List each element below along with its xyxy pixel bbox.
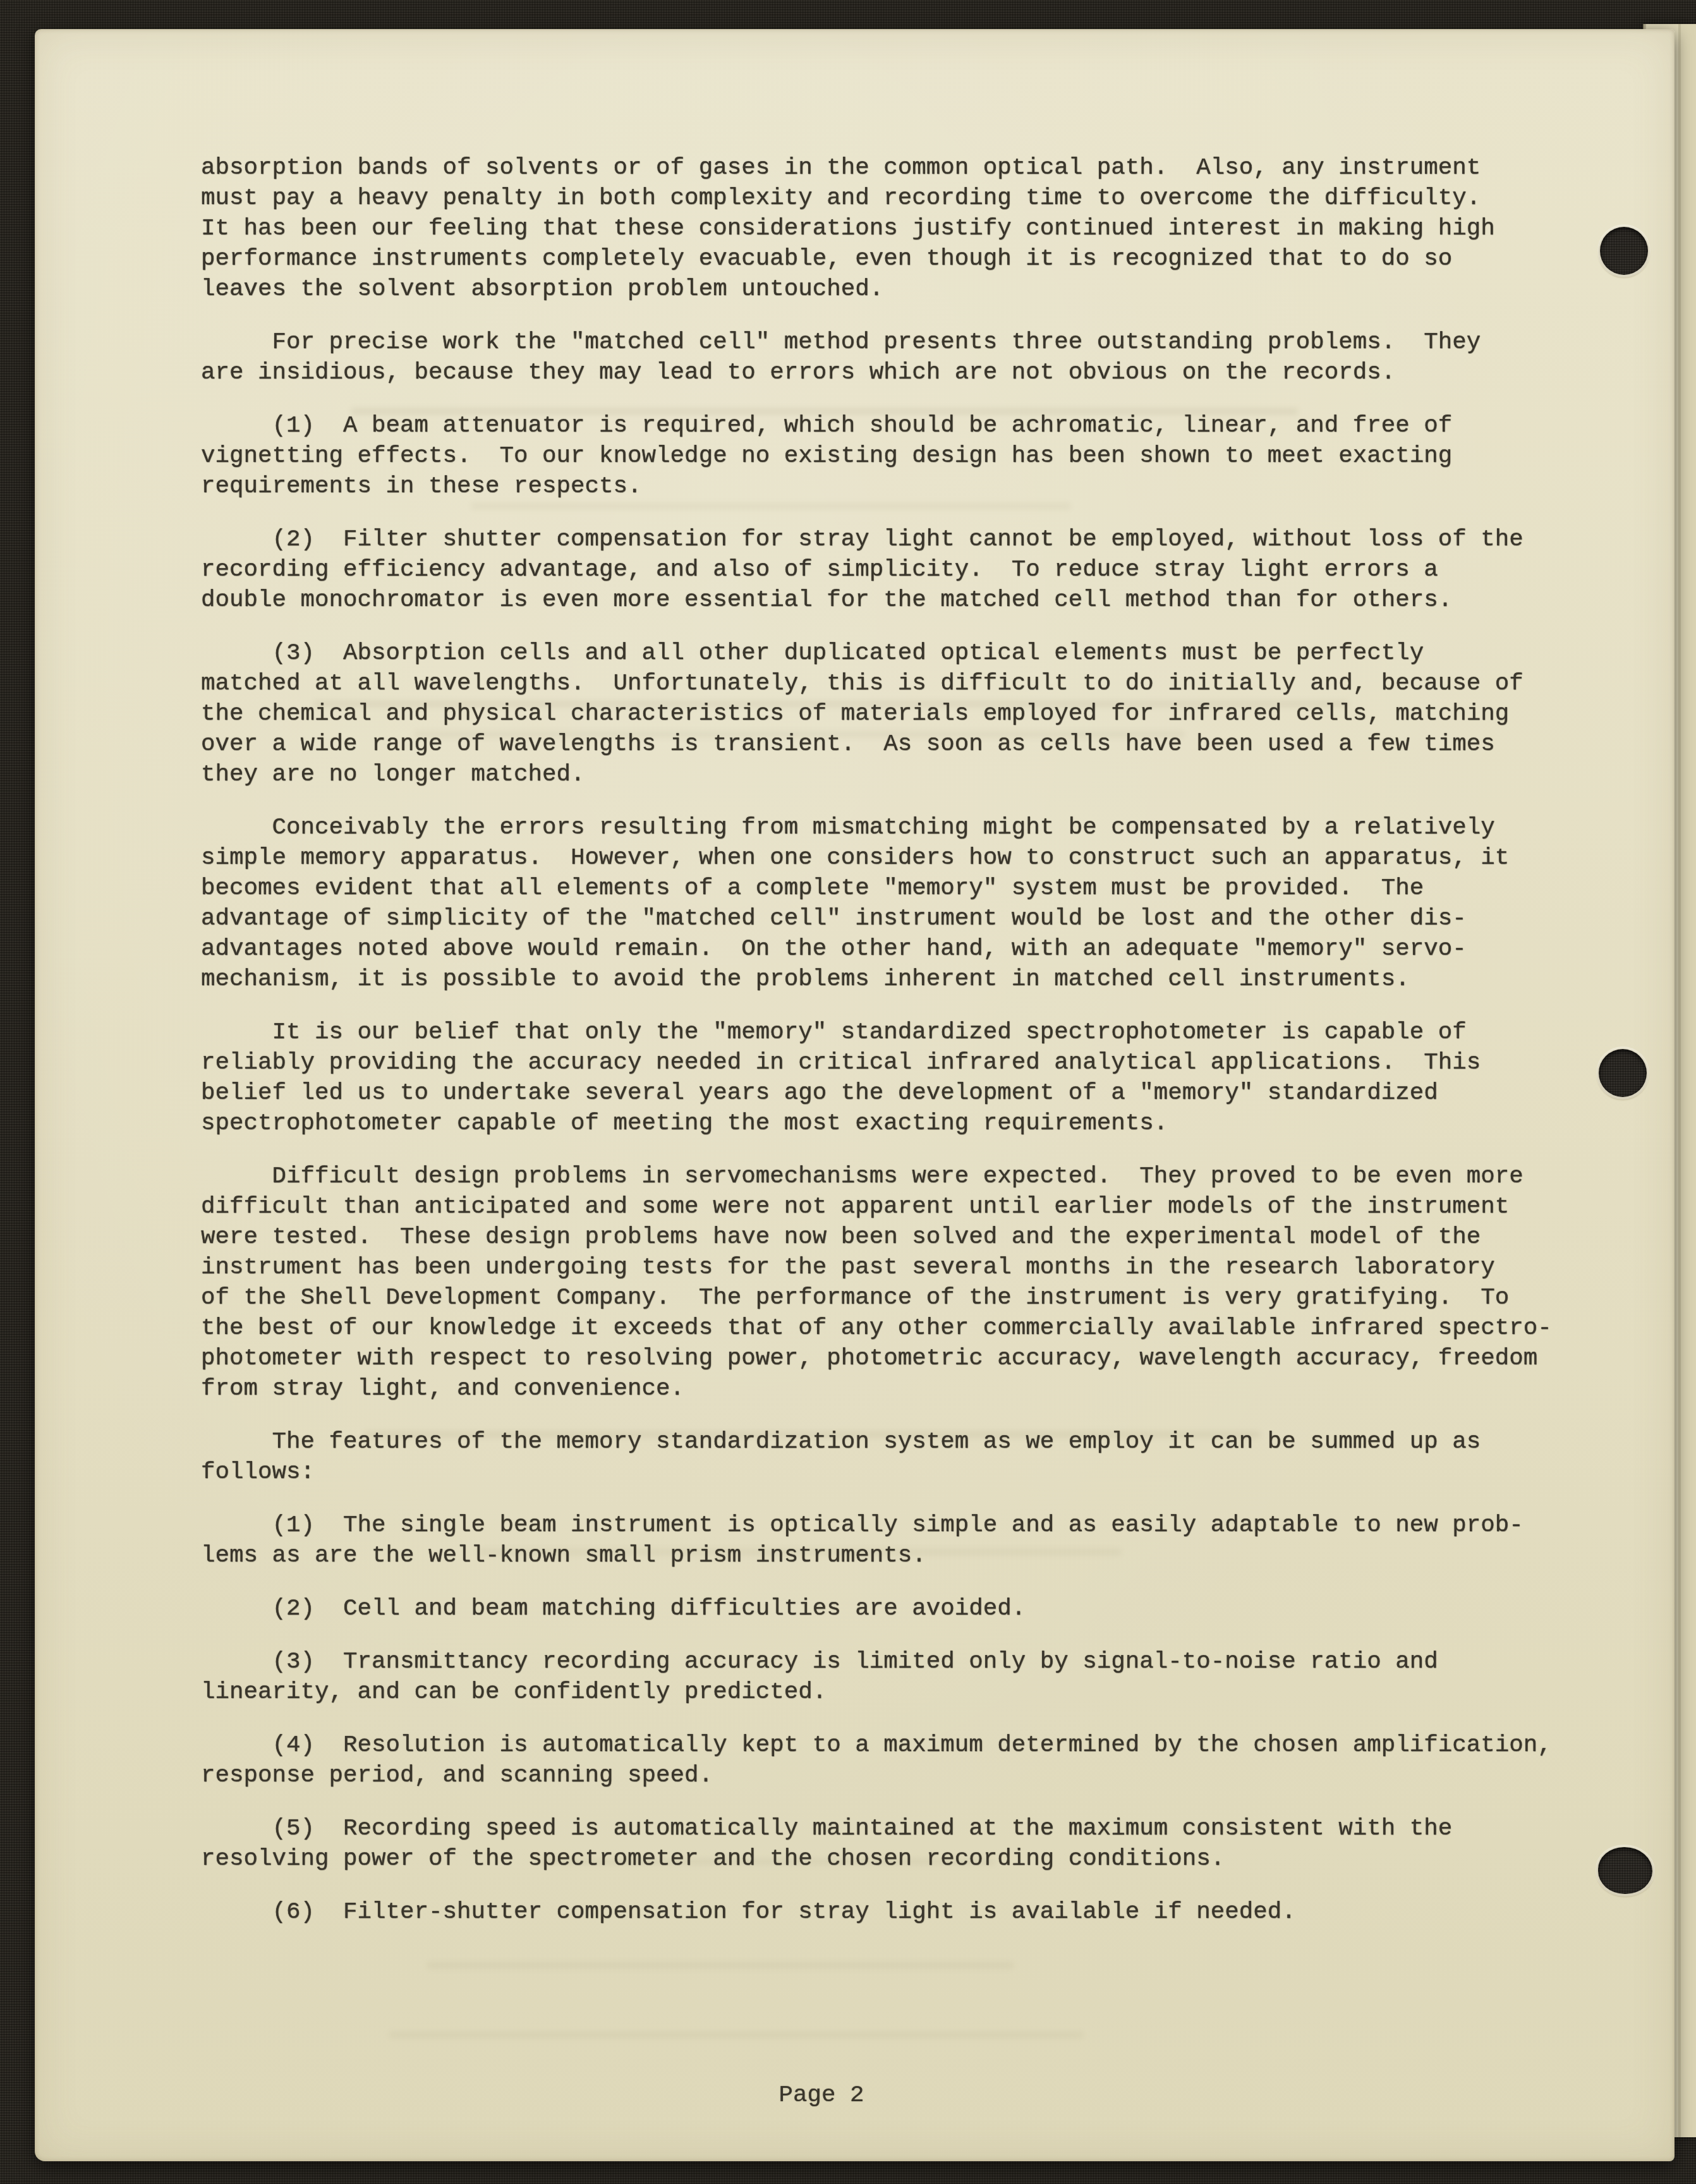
text-line: For precise work the "matched cell" meth… [201,327,1610,358]
text-line: difficult than anticipated and some were… [201,1192,1610,1222]
document-page: absorption bands of solvents or of gases… [35,29,1675,2161]
paragraph: (3) Transmittancy recording accuracy is … [201,1647,1610,1708]
paragraph: (6) Filter-shutter compensation for stra… [201,1897,1610,1927]
text-line: (2) Cell and beam matching difficulties … [201,1594,1610,1624]
bleed-through-smudge [427,1962,1014,1969]
text-line: (3) Transmittancy recording accuracy is … [201,1647,1610,1677]
text-line: performance instruments completely evacu… [201,244,1610,274]
paragraph: It is our belief that only the "memory" … [201,1017,1610,1139]
paragraph: (5) Recording speed is automatically mai… [201,1814,1610,1874]
text-line: photometer with respect to resolving pow… [201,1344,1610,1374]
page-number: Page 2 [35,2080,1608,2111]
paragraph: For precise work the "matched cell" meth… [201,327,1610,388]
text-line: becomes evident that all elements of a c… [201,873,1610,904]
text-line: advantages noted above would remain. On … [201,934,1610,964]
text-line: resolving power of the spectrometer and … [201,1844,1610,1874]
hole-punch-top [1600,227,1648,275]
text-line: of the Shell Development Company. The pe… [201,1283,1610,1313]
text-line: (3) Absorption cells and all other dupli… [201,638,1610,669]
hole-punch-middle [1599,1049,1647,1097]
text-line: are insidious, because they may lead to … [201,358,1610,388]
text-line: (4) Resolution is automatically kept to … [201,1730,1610,1761]
text-line: linearity, and can be confidently predic… [201,1677,1610,1708]
text-line: It has been our feeling that these consi… [201,214,1610,244]
paragraph: (2) Cell and beam matching difficulties … [201,1594,1610,1624]
text-line: reliably providing the accuracy needed i… [201,1048,1610,1078]
hole-punch-bottom [1598,1847,1652,1894]
text-line: spectrophotometer capable of meeting the… [201,1108,1610,1139]
text-line: advantage of simplicity of the "matched … [201,904,1610,934]
text-line: the chemical and physical characteristic… [201,699,1610,729]
text-line: lems as are the well-known small prism i… [201,1541,1610,1571]
text-line: vignetting effects. To our knowledge no … [201,441,1610,471]
text-line: simple memory apparatus. However, when o… [201,843,1610,873]
text-line: mechanism, it is possible to avoid the p… [201,964,1610,995]
paragraph: (3) Absorption cells and all other dupli… [201,638,1610,790]
text-line: were tested. These design problems have … [201,1222,1610,1253]
text-block: absorption bands of solvents or of gases… [201,153,1610,1927]
text-line: absorption bands of solvents or of gases… [201,153,1610,183]
text-line: The features of the memory standardizati… [201,1427,1610,1457]
text-line: from stray light, and convenience. [201,1374,1610,1404]
bleed-through-smudge [389,2031,1084,2039]
paragraph: Difficult design problems in servomechan… [201,1162,1610,1404]
text-line: double monochromator is even more essent… [201,585,1610,616]
text-line: (2) Filter shutter compensation for stra… [201,525,1610,555]
text-line: (1) The single beam instrument is optica… [201,1510,1610,1541]
text-line: requirements in these respects. [201,471,1610,502]
text-line: (6) Filter-shutter compensation for stra… [201,1897,1610,1927]
text-line: It is our belief that only the "memory" … [201,1017,1610,1048]
text-line: matched at all wavelengths. Unfortunatel… [201,669,1610,699]
scanned-document-scene: absorption bands of solvents or of gases… [0,0,1696,2184]
text-line: Difficult design problems in servomechan… [201,1162,1610,1192]
paragraph: absorption bands of solvents or of gases… [201,153,1610,305]
text-line: belief led us to undertake several years… [201,1078,1610,1108]
text-line: the best of our knowledge it exceeds tha… [201,1313,1610,1344]
paragraph: (1) A beam attenuator is required, which… [201,411,1610,502]
text-line: leaves the solvent absorption problem un… [201,274,1610,305]
paragraph: (1) The single beam instrument is optica… [201,1510,1610,1571]
paragraph: (2) Filter shutter compensation for stra… [201,525,1610,616]
text-line: (5) Recording speed is automatically mai… [201,1814,1610,1844]
paragraph: Conceivably the errors resulting from mi… [201,813,1610,995]
text-line: must pay a heavy penalty in both complex… [201,183,1610,214]
text-line: follows: [201,1457,1610,1488]
text-line: over a wide range of wavelengths is tran… [201,729,1610,760]
text-line: they are no longer matched. [201,760,1610,790]
paragraph: The features of the memory standardizati… [201,1427,1610,1488]
text-line: response period, and scanning speed. [201,1761,1610,1791]
text-line: Conceivably the errors resulting from mi… [201,813,1610,843]
text-line: (1) A beam attenuator is required, which… [201,411,1610,441]
text-line: recording efficiency advantage, and also… [201,555,1610,585]
text-line: instrument has been undergoing tests for… [201,1253,1610,1283]
paragraph: (4) Resolution is automatically kept to … [201,1730,1610,1791]
